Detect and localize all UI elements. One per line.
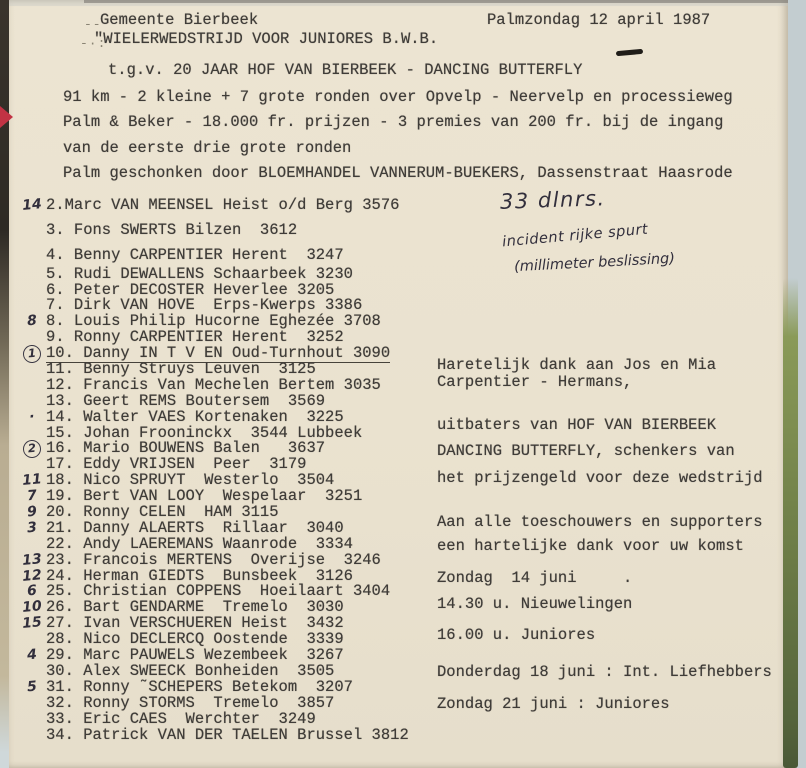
race-subtitle: "WIELERWEDSTRIJD VOOR JUNIORES B.W.B. <box>94 31 438 48</box>
rider-row: 3. Fons SWERTS Bilzen 3612 <box>18 222 409 238</box>
right-column-line: het prijzengeld voor deze wedstrijd <box>437 470 797 487</box>
thanks-and-schedule-column: Haretelijk dank aan Jos en MiaCarpentier… <box>437 357 797 713</box>
rider-row: 22. Andy LAEREMANS Waanrode 3334 <box>18 536 409 552</box>
margin-number: · <box>29 408 36 424</box>
right-column-line: 16.00 u. Juniores <box>437 627 797 644</box>
rider-row: 920. Ronny CELEN HAM 3115 <box>18 504 409 520</box>
right-column-line: Zondag 14 juni . <box>437 570 797 587</box>
rider-row: 4. Benny CARPENTIER Herent 3247 <box>18 247 409 263</box>
handwritten-note-participants: 33 dlnrs. <box>500 186 606 214</box>
rider-row: 28. Nico DECLERCQ Oostende 3339 <box>18 631 409 647</box>
margin-number: 13 <box>22 551 43 569</box>
rider-row: 7. Dirk VAN HOVE Erps-Kwerps 3386 <box>18 297 409 313</box>
rider-row: 88. Louis Philip Hucorne Eghezée 3708 <box>18 313 409 329</box>
rider-row: 33. Eric CAES Werchter 3249 <box>18 711 409 727</box>
rider-row: 5. Rudi DEWALLENS Schaarbeek 3230 <box>18 266 409 282</box>
rider-row: 12. Francis Van Mechelen Bertem 3035 <box>18 377 409 393</box>
right-column-line: een hartelijke dank voor uw komst <box>437 538 797 555</box>
right-column-line: Haretelijk dank aan Jos en Mia <box>437 357 797 374</box>
rider-row: 1527. Ivan VERSCHUEREN Heist 3432 <box>18 615 409 631</box>
handwritten-finish-position <box>17 221 46 239</box>
sponsor-line: Palm geschonken door BLOEMHANDEL VANNERU… <box>63 165 733 182</box>
rider-row: 429. Marc PAUWELS Wezembeek 3267 <box>18 647 409 663</box>
right-column-line: DANCING BUTTERFLY, schenkers van <box>437 443 797 460</box>
rider-row: 531. Ronny ˜SCHEPERS Betekom 3207 <box>18 679 409 695</box>
red-margin-marker <box>0 106 13 128</box>
pen-dash-mark <box>616 49 643 56</box>
rider-row: 13. Geert REMS Boutersem 3569 <box>18 393 409 409</box>
occasion-line: t.g.v. 20 JAAR HOF VAN BIERBEEK - DANCIN… <box>108 62 582 79</box>
handwritten-note-sprint: incident rijke spurt <box>502 222 649 251</box>
handwritten-finish-position <box>17 725 46 743</box>
handwritten-note-decision: (millimeter beslissing) <box>514 251 676 275</box>
rider-row: ·14. Walter VAES Kortenaken 3225 <box>18 409 409 425</box>
paper-edge-green <box>783 278 798 768</box>
rider-row: 17. Eddy VRIJSEN Peer 3179 <box>18 456 409 472</box>
municipality-title: Gemeente Bierbeek <box>100 12 258 29</box>
race-date: Palmzondag 12 april 1987 <box>487 12 710 29</box>
rider-entry: 3. Fons SWERTS Bilzen 3612 <box>46 222 297 239</box>
rider-list: 142.Marc VAN MEENSEL Heist o/d Berg 3576… <box>18 197 409 742</box>
course-line: 91 km - 2 kleine + 7 grote ronden over O… <box>63 89 733 106</box>
rider-entry: 2.Marc VAN MEENSEL Heist o/d Berg 3576 <box>46 197 399 214</box>
prizes-line-1: Palm & Beker - 18.000 fr. prijzen - 3 pr… <box>63 114 723 131</box>
rider-row: 142.Marc VAN MEENSEL Heist o/d Berg 3576 <box>18 197 409 213</box>
rider-row: 719. Bert VAN LOOY Wespelaar 3251 <box>18 488 409 504</box>
rider-row: 15. Johan Frooninckx 3544 Lubbeek <box>18 425 409 441</box>
rider-row: 6. Peter DECOSTER Heverlee 3205 <box>18 282 409 298</box>
rider-row: 216. Mario BOUWENS Balen 3637 <box>18 440 409 456</box>
rider-entry: 34. Patrick VAN DER TAELEN Brussel 3812 <box>46 727 409 744</box>
right-column-line: Aan alle toeschouwers en supporters <box>437 514 797 531</box>
rider-row: 32. Ronny STORMS Tremelo 3857 <box>18 695 409 711</box>
right-column-line: 14.30 u. Nieuwelingen <box>437 596 797 613</box>
right-column-line: Carpentier - Hermans, <box>437 374 797 391</box>
rider-row: 1224. Herman GIEDTS Bunsbeek 3126 <box>18 568 409 584</box>
rider-row: 11. Benny Struys Leuven 3125 <box>18 361 409 377</box>
prizes-line-2: van de eerste drie grote ronden <box>63 140 351 157</box>
rider-row: 1026. Bart GENDARME Tremelo 3030 <box>18 599 409 615</box>
margin-number: 9 <box>26 504 37 521</box>
rider-row: 30. Alex SWEECK Bonheiden 3505 <box>18 663 409 679</box>
rider-row: 1118. Nico SPRUYT Westerlo 3504 <box>18 472 409 488</box>
rider-row: 321. Danny ALAERTS Rillaar 3040 <box>18 520 409 536</box>
rider-entry: 4. Benny CARPENTIER Herent 3247 <box>46 247 344 264</box>
margin-number: 3 <box>26 520 37 537</box>
rider-row: 625. Christian COPPENS Hoeilaart 3404 <box>18 583 409 599</box>
right-column-line: Donderdag 18 juni : Int. Liefhebbers <box>437 664 797 681</box>
margin-number: 5 <box>26 678 37 695</box>
rider-row: 9. Ronny CARPENTIER Herent 3252 <box>18 329 409 345</box>
rider-row: 1323. Francois MERTENS Overijse 3246 <box>18 552 409 568</box>
margin-number: 7 <box>26 488 37 505</box>
margin-number: 6 <box>26 583 37 600</box>
handwritten-finish-position: 14 <box>17 196 46 214</box>
margin-number: 4 <box>26 647 37 664</box>
scanned-document: -- Gemeente Bierbeek Palmzondag 12 april… <box>0 0 806 768</box>
paper-sheet: -- Gemeente Bierbeek Palmzondag 12 april… <box>6 0 788 768</box>
margin-number: 14 <box>22 196 43 214</box>
rider-row: 34. Patrick VAN DER TAELEN Brussel 3812 <box>18 727 409 743</box>
margin-number: 8 <box>26 313 37 330</box>
handwritten-finish-position <box>17 246 46 264</box>
right-column-line: Zondag 21 juni : Juniores <box>437 696 797 713</box>
right-column-line: uitbaters van HOF VAN BIERBEEK <box>437 417 797 434</box>
rider-row: 110. Danny IN T V EN Oud-Turnhout 3090 <box>18 345 409 361</box>
scan-top-fade <box>6 0 806 6</box>
